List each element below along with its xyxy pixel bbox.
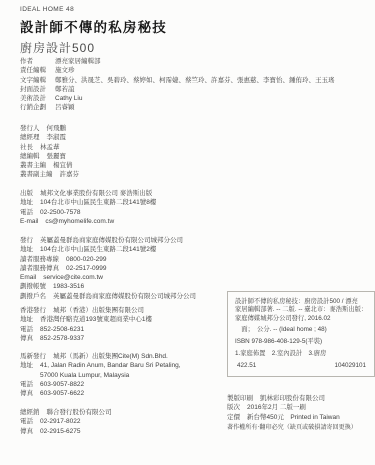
colophon-row: 製版印刷 凱林彩印股份有限公司 bbox=[227, 394, 375, 403]
cip-line: 家居編輯部著. -- 二版. -- 臺北市：麥浩斯出版： bbox=[235, 306, 368, 314]
field-label: 傳真 bbox=[20, 427, 33, 436]
colophon-row: 讀者服務傳真 02-2517-0999 bbox=[20, 264, 196, 273]
field-label: 發行人 bbox=[20, 124, 40, 133]
colophon-row: 電話 02-2917-8022 bbox=[20, 417, 112, 426]
general-agent-block: 總經銷 聯合發行股份有限公司 電話 02-2917-8022 傳真 02-291… bbox=[20, 408, 112, 436]
field-label: 劃撥帳號 bbox=[20, 282, 46, 291]
cip-line: 面； 公分. -- (Ideal home ; 48) bbox=[235, 326, 368, 334]
field-label: 香港發行 bbox=[20, 306, 46, 315]
field-label: 傳真 bbox=[20, 389, 33, 398]
field-label: 總編輯 bbox=[20, 152, 40, 161]
field-label: Email bbox=[20, 273, 36, 282]
field-label: 叢書主編 bbox=[20, 161, 46, 170]
field-value: 02-2517-0999 bbox=[66, 264, 106, 273]
colophon-row: 總編輯 張麗寶 bbox=[20, 152, 79, 161]
colophon-row: 地址 104台北市中山區民生東路二段141號8樓 bbox=[20, 198, 156, 207]
cip-description: 設計師不傳的私房秘技：廚房設計500 / 漂亮家居編輯部著. -- 二版. --… bbox=[235, 298, 368, 358]
colophon-row: 社長 林孟葦 bbox=[20, 143, 79, 152]
book-subtitle: 廚房設計500 bbox=[20, 39, 167, 56]
field-label: 電話 bbox=[20, 208, 33, 217]
field-label: 文字編輯 bbox=[20, 76, 55, 85]
colophon-row: 馬新發行 城邦（馬新）出版集團Cite(M) Sdn.Bhd. bbox=[20, 352, 181, 361]
field-label: 行銷企劃 bbox=[20, 103, 55, 112]
colophon-row: 版次 2016年2月 二版一刷 bbox=[227, 403, 375, 412]
field-value: 鄭若誼 bbox=[55, 85, 75, 94]
field-value: 城邦（馬新）出版集團Cite(M) Sdn.Bhd. bbox=[53, 352, 168, 361]
colophon-row: 劃撥戶名 英屬蓋曼群島商家庭傳媒股份有限公司城邦分公司 bbox=[20, 292, 196, 301]
field-value: 1983-3516 bbox=[53, 282, 84, 291]
field-value: 城邦文化事業股份有限公司 麥浩斯出版 bbox=[40, 189, 152, 198]
field-label: 電話 bbox=[20, 325, 33, 334]
field-label: 出版 bbox=[20, 189, 33, 198]
colophon-row: 劃撥帳號 1983-3516 bbox=[20, 282, 196, 291]
cip-classification-row: 422.51 104029101 bbox=[235, 362, 368, 370]
field-value: 張麗寶 bbox=[47, 152, 67, 161]
colophon-row: 封面設計 鄭若誼 bbox=[20, 85, 335, 94]
colophon-row: 叢書主編 楊宜倩 bbox=[20, 161, 79, 170]
field-label: 封面設計 bbox=[20, 85, 55, 94]
colophon-row: 作者 漂亮家居編輯部 bbox=[20, 57, 335, 66]
colophon-row: 香港發行 城邦（香港）出版集團有限公司 bbox=[20, 306, 152, 315]
field-label: 發行 bbox=[20, 236, 33, 245]
cip-line: 1.家庭佈置 2.室內設計 3.廚房 bbox=[235, 350, 368, 358]
colophon-row: 總經理 李淑霞 bbox=[20, 133, 79, 142]
colophon-row: 傳真 603-9057-6622 bbox=[20, 389, 181, 398]
field-label: E-mail bbox=[20, 217, 38, 226]
field-value: 852-2578-9337 bbox=[40, 334, 84, 343]
hongkong-branch-block: 香港發行 城邦（香港）出版集團有限公司 地址 香港灣仔駱克道193號東超商業中心… bbox=[20, 306, 152, 343]
field-label: 定價 bbox=[227, 413, 240, 422]
field-value: 2016年2月 二版一刷 bbox=[247, 403, 306, 412]
field-label: 傳真 bbox=[20, 334, 33, 343]
field-value: 施文珍 bbox=[55, 66, 75, 75]
cip-catalog-box: 設計師不傳的私房秘技：廚房設計500 / 漂亮家居編輯部著. -- 二版. --… bbox=[227, 291, 375, 377]
field-value: 41, Jalan Radin Anum, Bandar Baru Sri Pe… bbox=[40, 361, 181, 380]
management-block: 發行人 何飛鵬 總經理 李淑霞 社長 林孟葦 總編輯 張麗寶 叢書主編 楊宜倩 … bbox=[20, 124, 79, 180]
field-value: 城邦（香港）出版集團有限公司 bbox=[53, 306, 144, 315]
field-value: 603-9057-6622 bbox=[40, 389, 84, 398]
field-label: 地址 bbox=[20, 198, 33, 207]
field-value: 104台北市中山區民生東路二段141號8樓 bbox=[40, 198, 156, 207]
field-value: 何飛鵬 bbox=[47, 124, 67, 133]
colophon-row: 讀者服務專線 0800-020-299 bbox=[20, 255, 196, 264]
field-label: 作者 bbox=[20, 57, 55, 66]
field-label: 責任編輯 bbox=[20, 66, 55, 75]
colophon-row: 文字編輯 鄭雅分、洪晟芝、吳碧玲、蔡婷如、柯霈婕、蔡竺玲、許嘉芬、張惠慈、李寶怡… bbox=[20, 76, 335, 85]
field-label: 製版印刷 bbox=[227, 394, 253, 403]
colophon-row: E-mail cs@myhomelife.com.tw bbox=[20, 217, 156, 226]
colophon-row: 傳真 852-2578-9337 bbox=[20, 334, 152, 343]
field-value: 林孟葦 bbox=[40, 143, 60, 152]
field-value: 李淑霞 bbox=[47, 133, 67, 142]
field-value: 英屬蓋曼群島商家庭傳媒股份有限公司城邦分公司 bbox=[40, 236, 183, 245]
field-label: 電話 bbox=[20, 417, 33, 426]
field-label: 總經理 bbox=[20, 133, 40, 142]
field-label: 地址 bbox=[20, 361, 33, 370]
cip-line: ISBN 978-986-408-129-5(平裝) bbox=[235, 338, 368, 346]
field-label: 叢書副主編 bbox=[20, 170, 53, 179]
field-label: 讀者服務專線 bbox=[20, 255, 59, 264]
colophon-row: 傳真 02-2915-6275 bbox=[20, 427, 112, 436]
colophon-row: 發行 英屬蓋曼群島商家庭傳媒股份有限公司城邦分公司 bbox=[20, 236, 196, 245]
colophon-row: 行銷企劃 呂睿穎 bbox=[20, 103, 335, 112]
field-value: 呂睿穎 bbox=[55, 103, 75, 112]
malaysia-branch-block: 馬新發行 城邦（馬新）出版集團Cite(M) Sdn.Bhd. 地址 41, J… bbox=[20, 352, 181, 398]
field-value: cs@myhomelife.com.tw bbox=[45, 217, 114, 226]
field-value: 02-2917-8022 bbox=[40, 417, 80, 426]
book-header: IDEAL HOME 48 設計師不傳的私房秘技 廚房設計500 bbox=[20, 6, 167, 56]
colophon-row: Email service@cite.com.tw bbox=[20, 273, 196, 282]
colophon-row: 地址 41, Jalan Radin Anum, Bandar Baru Sri… bbox=[20, 361, 181, 380]
field-value: 104台北市中山區民生東路二段141號2樓 bbox=[40, 245, 156, 254]
field-value: 楊宜倩 bbox=[53, 161, 73, 170]
colophon-row: 定價 新台幣450元 Printed in Taiwan bbox=[227, 413, 375, 422]
field-value: service@cite.com.tw bbox=[43, 273, 103, 282]
field-value: Cathy Liu bbox=[55, 94, 82, 103]
copyright-notice: 著作權所有‧翻印必究（缺頁或破損請寄回更換） bbox=[227, 424, 375, 433]
field-value: 0800-020-299 bbox=[66, 255, 106, 264]
field-value: 02-2915-6275 bbox=[40, 427, 80, 436]
colophon-row: 電話 603-9057-8822 bbox=[20, 380, 181, 389]
colophon-row: 總經銷 聯合發行股份有限公司 bbox=[20, 408, 112, 417]
cip-record-number: 104029101 bbox=[334, 362, 366, 370]
field-value: 許嘉芬 bbox=[60, 170, 80, 179]
field-value: 852-2508-6231 bbox=[40, 325, 84, 334]
cip-line: 家庭傳媒城邦分公司發行, 2016.02 bbox=[235, 315, 368, 323]
colophon-row: 地址 104台北市中山區民生東路二段141號2樓 bbox=[20, 245, 196, 254]
field-value: 新台幣450元 Printed in Taiwan bbox=[247, 413, 340, 422]
cip-class-number: 422.51 bbox=[237, 362, 256, 370]
distributor-block: 發行 英屬蓋曼群島商家庭傳媒股份有限公司城邦分公司 地址 104台北市中山區民生… bbox=[20, 236, 196, 301]
field-label: 馬新發行 bbox=[20, 352, 46, 361]
book-title: 設計師不傳的私房秘技 bbox=[20, 16, 167, 36]
field-value: 鄭雅分、洪晟芝、吳碧玲、蔡婷如、柯霈婕、蔡竺玲、許嘉芬、張惠慈、李寶怡、鍾侑玲、… bbox=[55, 76, 335, 85]
colophon-row: 出版 城邦文化事業股份有限公司 麥浩斯出版 bbox=[20, 189, 156, 198]
colophon-row: 責任編輯 施文珍 bbox=[20, 66, 335, 75]
colophon-row: 美術設計 Cathy Liu bbox=[20, 94, 335, 103]
field-value: 凱林彩印股份有限公司 bbox=[260, 394, 325, 403]
field-label: 版次 bbox=[227, 403, 240, 412]
colophon-row: 發行人 何飛鵬 bbox=[20, 124, 79, 133]
field-label: 地址 bbox=[20, 245, 33, 254]
credits-block: 作者 漂亮家居編輯部 責任編輯 施文珍 文字編輯 鄭雅分、洪晟芝、吳碧玲、蔡婷如… bbox=[20, 57, 335, 113]
field-label: 美術設計 bbox=[20, 94, 55, 103]
colophon-row: 電話 852-2508-6231 bbox=[20, 325, 152, 334]
colophon-row: 叢書副主編 許嘉芬 bbox=[20, 170, 79, 179]
colophon-row: 地址 香港灣仔駱克道193號東超商業中心1樓 bbox=[20, 315, 152, 324]
field-value: 英屬蓋曼群島商家庭傳媒股份有限公司城邦分公司 bbox=[53, 292, 196, 301]
field-label: 地址 bbox=[20, 315, 33, 324]
colophon-row: 電話 02-2500-7578 bbox=[20, 208, 156, 217]
colophon-page: IDEAL HOME 48 設計師不傳的私房秘技 廚房設計500 作者 漂亮家居… bbox=[0, 0, 375, 465]
field-value: 603-9057-8822 bbox=[40, 380, 84, 389]
printing-block: 製版印刷 凱林彩印股份有限公司 版次 2016年2月 二版一刷 定價 新台幣45… bbox=[227, 394, 375, 422]
field-label: 總經銷 bbox=[20, 408, 40, 417]
field-label: 電話 bbox=[20, 380, 33, 389]
field-value: 聯合發行股份有限公司 bbox=[47, 408, 112, 417]
publisher-block: 出版 城邦文化事業股份有限公司 麥浩斯出版 地址 104台北市中山區民生東路二段… bbox=[20, 189, 156, 226]
field-label: 社長 bbox=[20, 143, 33, 152]
field-label: 讀者服務傳真 bbox=[20, 264, 59, 273]
field-value: 02-2500-7578 bbox=[40, 208, 80, 217]
field-value: 漂亮家居編輯部 bbox=[55, 57, 101, 66]
field-value: 香港灣仔駱克道193號東超商業中心1樓 bbox=[40, 315, 152, 324]
field-label: 劃撥戶名 bbox=[20, 292, 46, 301]
series-label: IDEAL HOME 48 bbox=[20, 6, 167, 13]
